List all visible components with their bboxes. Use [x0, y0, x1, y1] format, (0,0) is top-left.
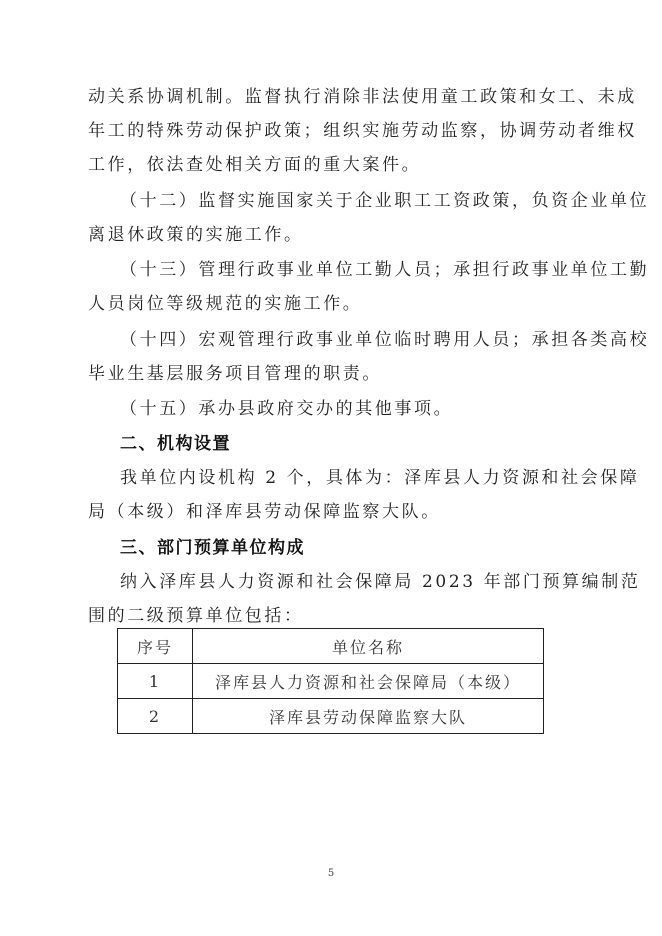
table-header-row: 序号 单位名称	[118, 629, 544, 664]
section-heading: 三、部门预算单位构成	[120, 537, 548, 559]
body-text-line: 围的二级预算单位包括：	[88, 605, 548, 627]
body-text-line: 毕业生基层服务项目管理的职责。	[88, 363, 548, 385]
body-text-line: （十三）管理行政事业单位工勤人员；承担行政事业单位工勤	[120, 259, 548, 281]
body-text-line: 离退休政策的实施工作。	[88, 224, 548, 246]
table-row: 1 泽库县人力资源和社会保障局（本级）	[118, 664, 544, 699]
body-text-line: 局（本级）和泽库县劳动保障监察大队。	[88, 501, 548, 523]
table-header-cell: 单位名称	[193, 629, 544, 664]
section-heading: 二、机构设置	[120, 433, 548, 455]
body-text-line: 人员岗位等级规范的实施工作。	[88, 293, 548, 315]
table-row: 2 泽库县劳动保障监察大队	[118, 699, 544, 734]
page-number: 5	[0, 868, 662, 879]
body-text-line: 纳入泽库县人力资源和社会保障局 2023 年部门预算编制范	[120, 571, 548, 593]
body-text-line: 年工的特殊劳动保护政策；组织实施劳动监察，协调劳动者维权	[88, 120, 548, 142]
body-text-line: 我单位内设机构 2 个，具体为：泽库县人力资源和社会保障	[120, 467, 548, 489]
budget-units-table: 序号 单位名称 1 泽库县人力资源和社会保障局（本级） 2 泽库县劳动保障监察大…	[117, 628, 544, 734]
table-header-cell: 序号	[118, 629, 193, 664]
body-text-line: （十二）监督实施国家关于企业职工工资政策，负资企业单位	[120, 190, 548, 212]
table-cell-unit-name: 泽库县人力资源和社会保障局（本级）	[193, 664, 544, 699]
body-text-line: 动关系协调机制。监督执行消除非法使用童工政策和女工、未成	[88, 86, 548, 108]
table-cell-index: 1	[118, 664, 193, 699]
body-text-line: （十五）承办县政府交办的其他事项。	[120, 398, 548, 420]
body-text-line: （十四）宏观管理行政事业单位临时聘用人员；承担各类高校	[120, 329, 548, 351]
table-cell-index: 2	[118, 699, 193, 734]
body-text-line: 工作，依法查处相关方面的重大案件。	[88, 154, 548, 176]
table-cell-unit-name: 泽库县劳动保障监察大队	[193, 699, 544, 734]
